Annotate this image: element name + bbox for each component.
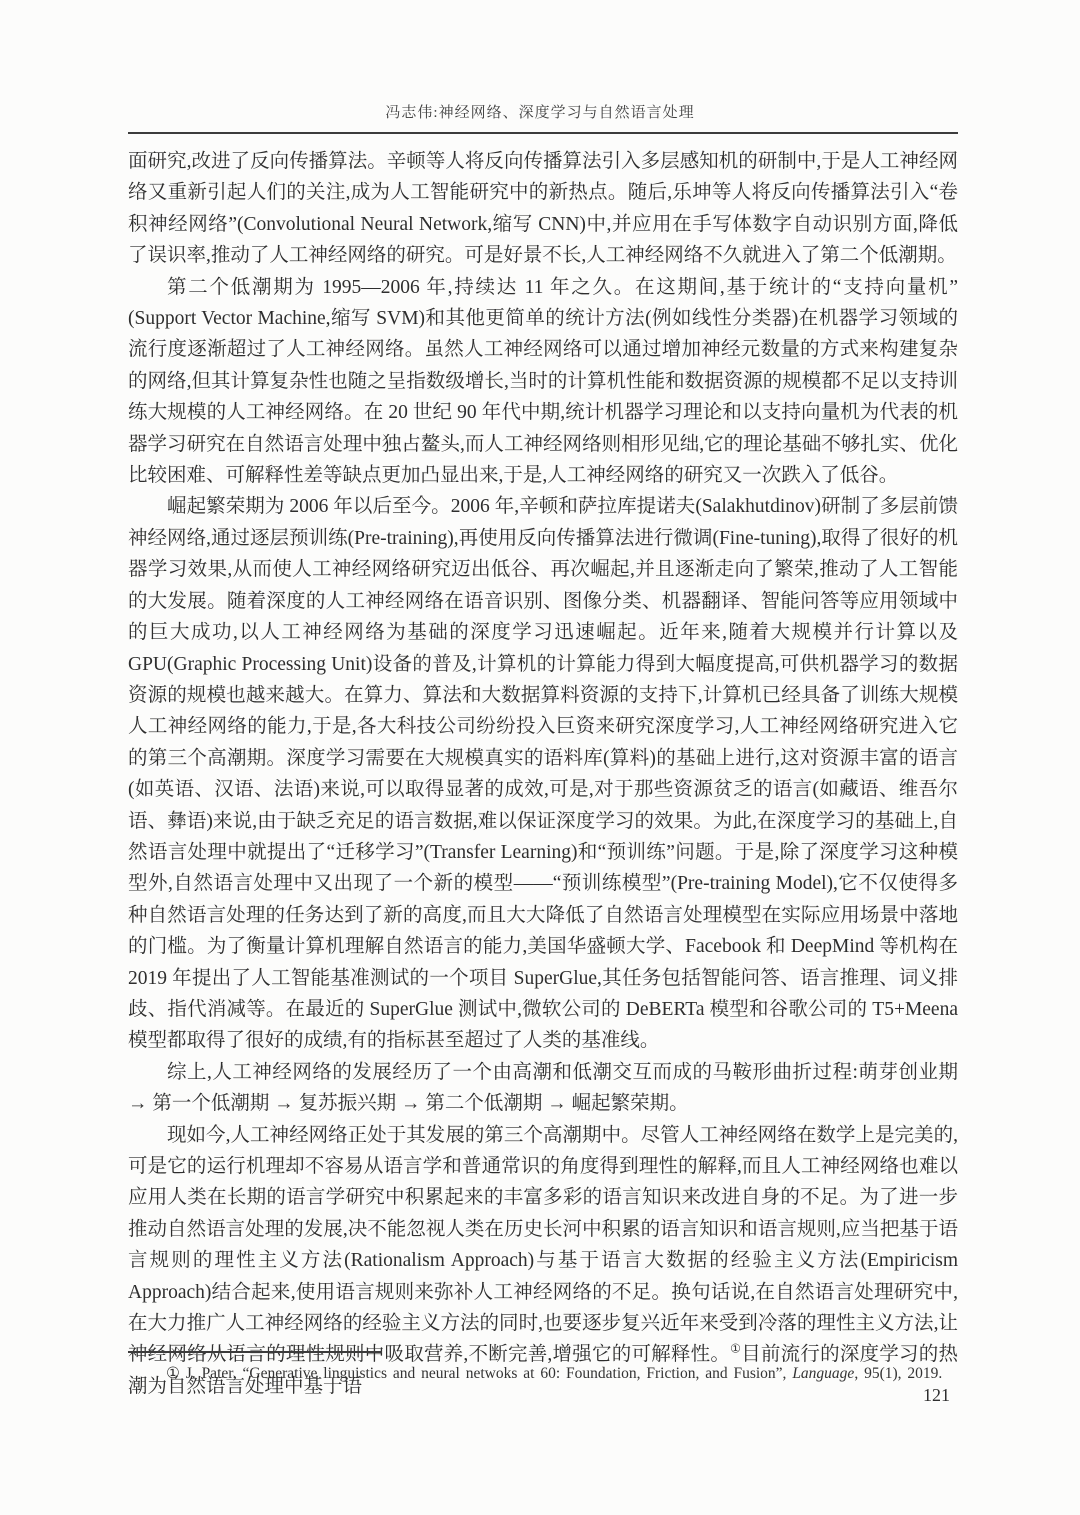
- article-body: 面研究,改进了反向传播算法。辛顿等人将反向传播算法引入多层感知机的研制中,于是人…: [128, 146, 958, 1402]
- footnote-text: J. Pater, “Generative linguistics and ne…: [180, 1365, 792, 1382]
- body-paragraph: 综上,人工神经网络的发展经历了一个由高潮和低潮交互而成的马鞍形曲折过程:萌芽创业…: [128, 1057, 958, 1120]
- body-paragraph: 第二个低潮期为 1995—2006 年,持续达 11 年之久。在这期间,基于统计…: [128, 272, 958, 492]
- footnote-text: , 95(1), 2019.: [854, 1365, 942, 1382]
- footnote-marker: ①: [166, 1365, 180, 1382]
- body-paragraph: 崛起繁荣期为 2006 年以后至今。2006 年,辛顿和萨拉库提诺夫(Salak…: [128, 491, 958, 1056]
- body-paragraph: 面研究,改进了反向传播算法。辛顿等人将反向传播算法引入多层感知机的研制中,于是人…: [128, 146, 958, 272]
- footnote-journal-name: Language: [792, 1365, 854, 1382]
- body-paragraph: 现如今,人工神经网络正处于其发展的第三个高潮期中。尽管人工神经网络在数学上是完美…: [128, 1120, 958, 1403]
- header-rule: [128, 132, 958, 134]
- footnote-reference-marker: ①: [730, 1342, 741, 1356]
- document-page: 冯志伟:神经网络、深度学习与自然语言处理 面研究,改进了反向传播算法。辛顿等人将…: [0, 0, 1080, 1515]
- footnote: ① J. Pater, “Generative linguistics and …: [128, 1362, 958, 1386]
- page-number: 121: [923, 1385, 950, 1406]
- running-head: 冯志伟:神经网络、深度学习与自然语言处理: [0, 101, 1080, 122]
- paragraph-text: 现如今,人工神经网络正处于其发展的第三个高潮期中。尽管人工神经网络在数学上是完美…: [128, 1125, 958, 1366]
- footnote-rule: [128, 1351, 382, 1353]
